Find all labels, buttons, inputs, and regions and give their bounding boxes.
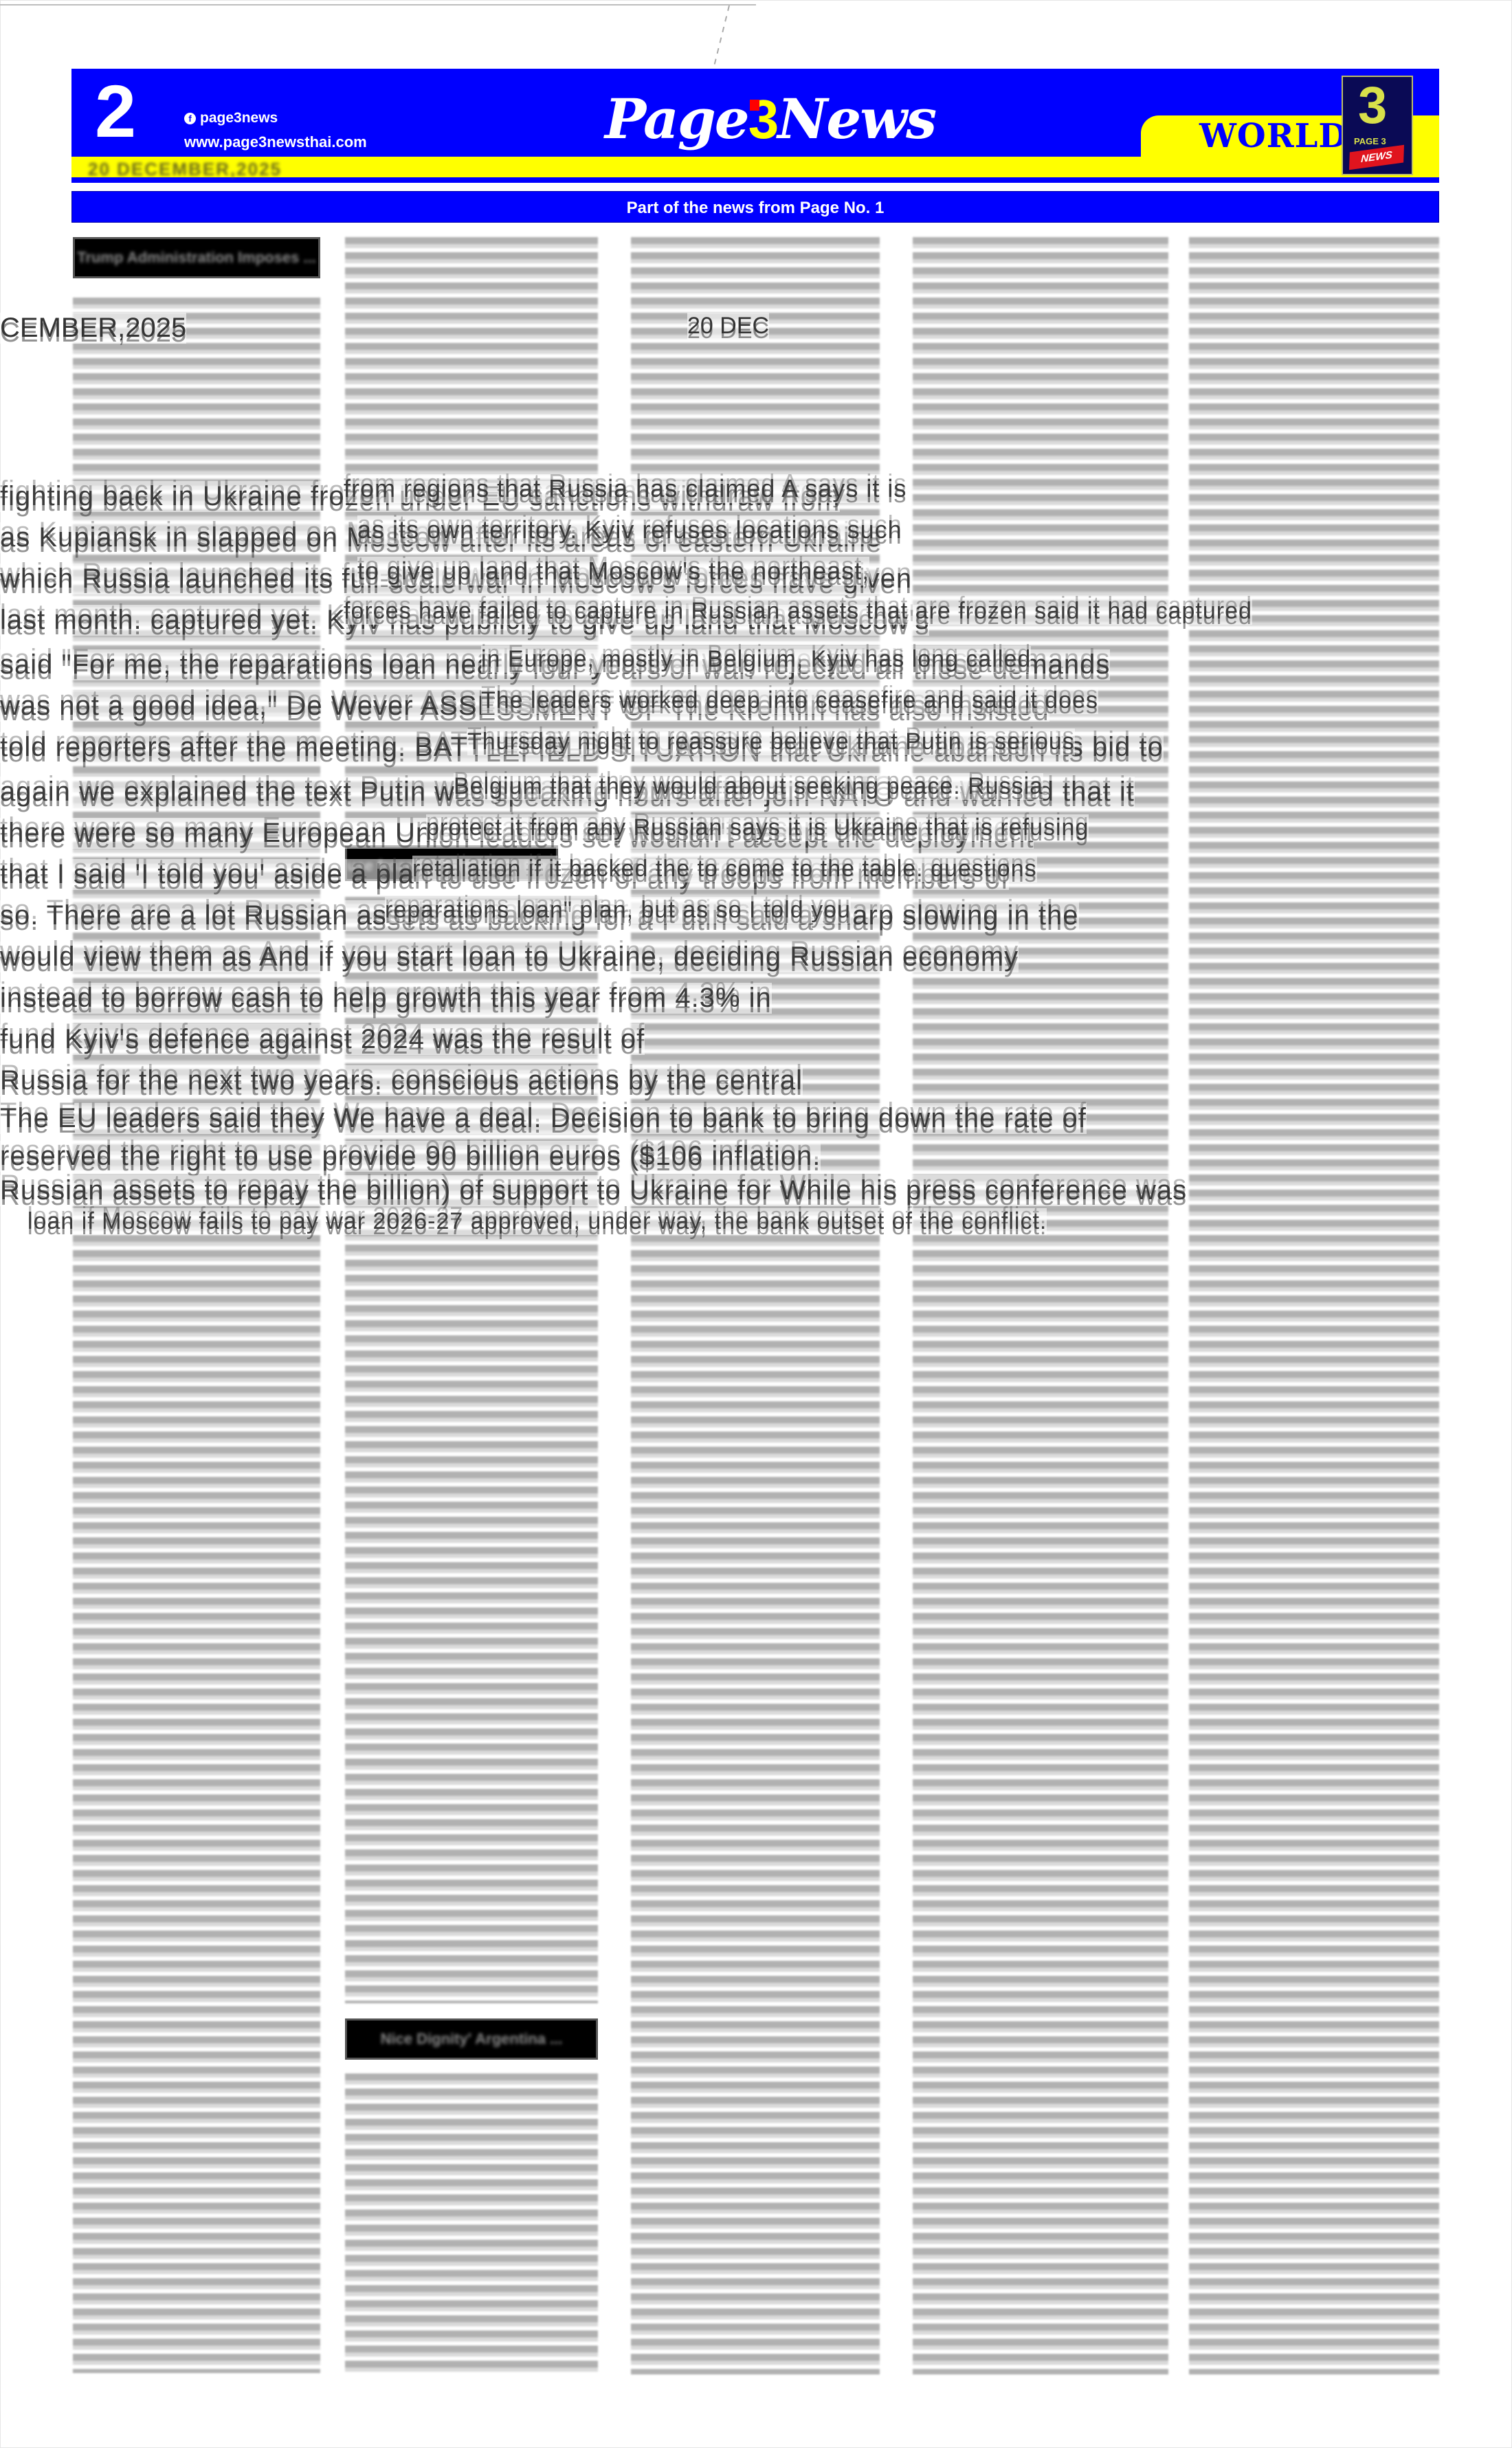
article-body-text <box>345 897 598 2003</box>
ghost-date-fragment: 20 DEC <box>687 313 769 340</box>
article-headline: Trump Administration Imposes ... <box>75 249 318 267</box>
article-body-text <box>345 2073 598 2374</box>
page-top-rule <box>0 4 756 5</box>
logo-number: 3 <box>748 89 778 150</box>
article-body-text <box>73 298 320 2373</box>
page3-news-badge-icon: 3 PAGE 3 NEWS <box>1342 76 1413 175</box>
newspaper-logo: Page3News <box>605 81 935 157</box>
ghost-date-fragment: CEMBER,2025 <box>0 313 186 344</box>
inline-headline-box: use frozen ... to come to the table <box>345 845 558 881</box>
column-1: Trump Administration Imposes ... <box>73 237 320 2374</box>
badge-news-label: NEWS <box>1349 145 1404 170</box>
article-body-text <box>913 237 1168 2374</box>
article-body-text <box>345 237 598 825</box>
logo-prefix: Page <box>605 87 748 151</box>
column-5 <box>1189 237 1439 2374</box>
continuation-text: Part of the news from Page No. 1 <box>72 199 1438 218</box>
facebook-handle: page3news <box>200 110 278 126</box>
column-3 <box>631 237 880 2374</box>
logo-suffix: News <box>777 87 935 151</box>
section-label: WORLD <box>1199 117 1348 155</box>
column-2: use frozen ... to come to the table Nice… <box>345 237 598 2374</box>
issue-date: 20 DECEMBER,2025 <box>88 159 282 180</box>
article-body-text <box>631 237 880 2374</box>
inline-headline: use frozen ... to come to the table <box>347 857 556 875</box>
continuation-banner: Part of the news from Page No. 1 <box>71 191 1439 223</box>
article-body-text <box>1189 237 1439 2374</box>
facebook-icon: f <box>184 113 196 124</box>
article-headline-box: Nice Dignity' Argentina ... <box>345 2018 598 2060</box>
article-headline: Nice Dignity' Argentina ... <box>347 2030 596 2048</box>
badge-number: 3 <box>1358 80 1387 132</box>
facebook-link[interactable]: fpage3news <box>184 110 278 126</box>
badge-page-label: PAGE 3 <box>1354 136 1386 146</box>
article-headline-box: Trump Administration Imposes ... <box>73 237 320 278</box>
website-link[interactable]: www.page3newsthai.com <box>184 133 367 151</box>
page-number: 2 <box>95 74 136 148</box>
column-4 <box>913 237 1168 2374</box>
